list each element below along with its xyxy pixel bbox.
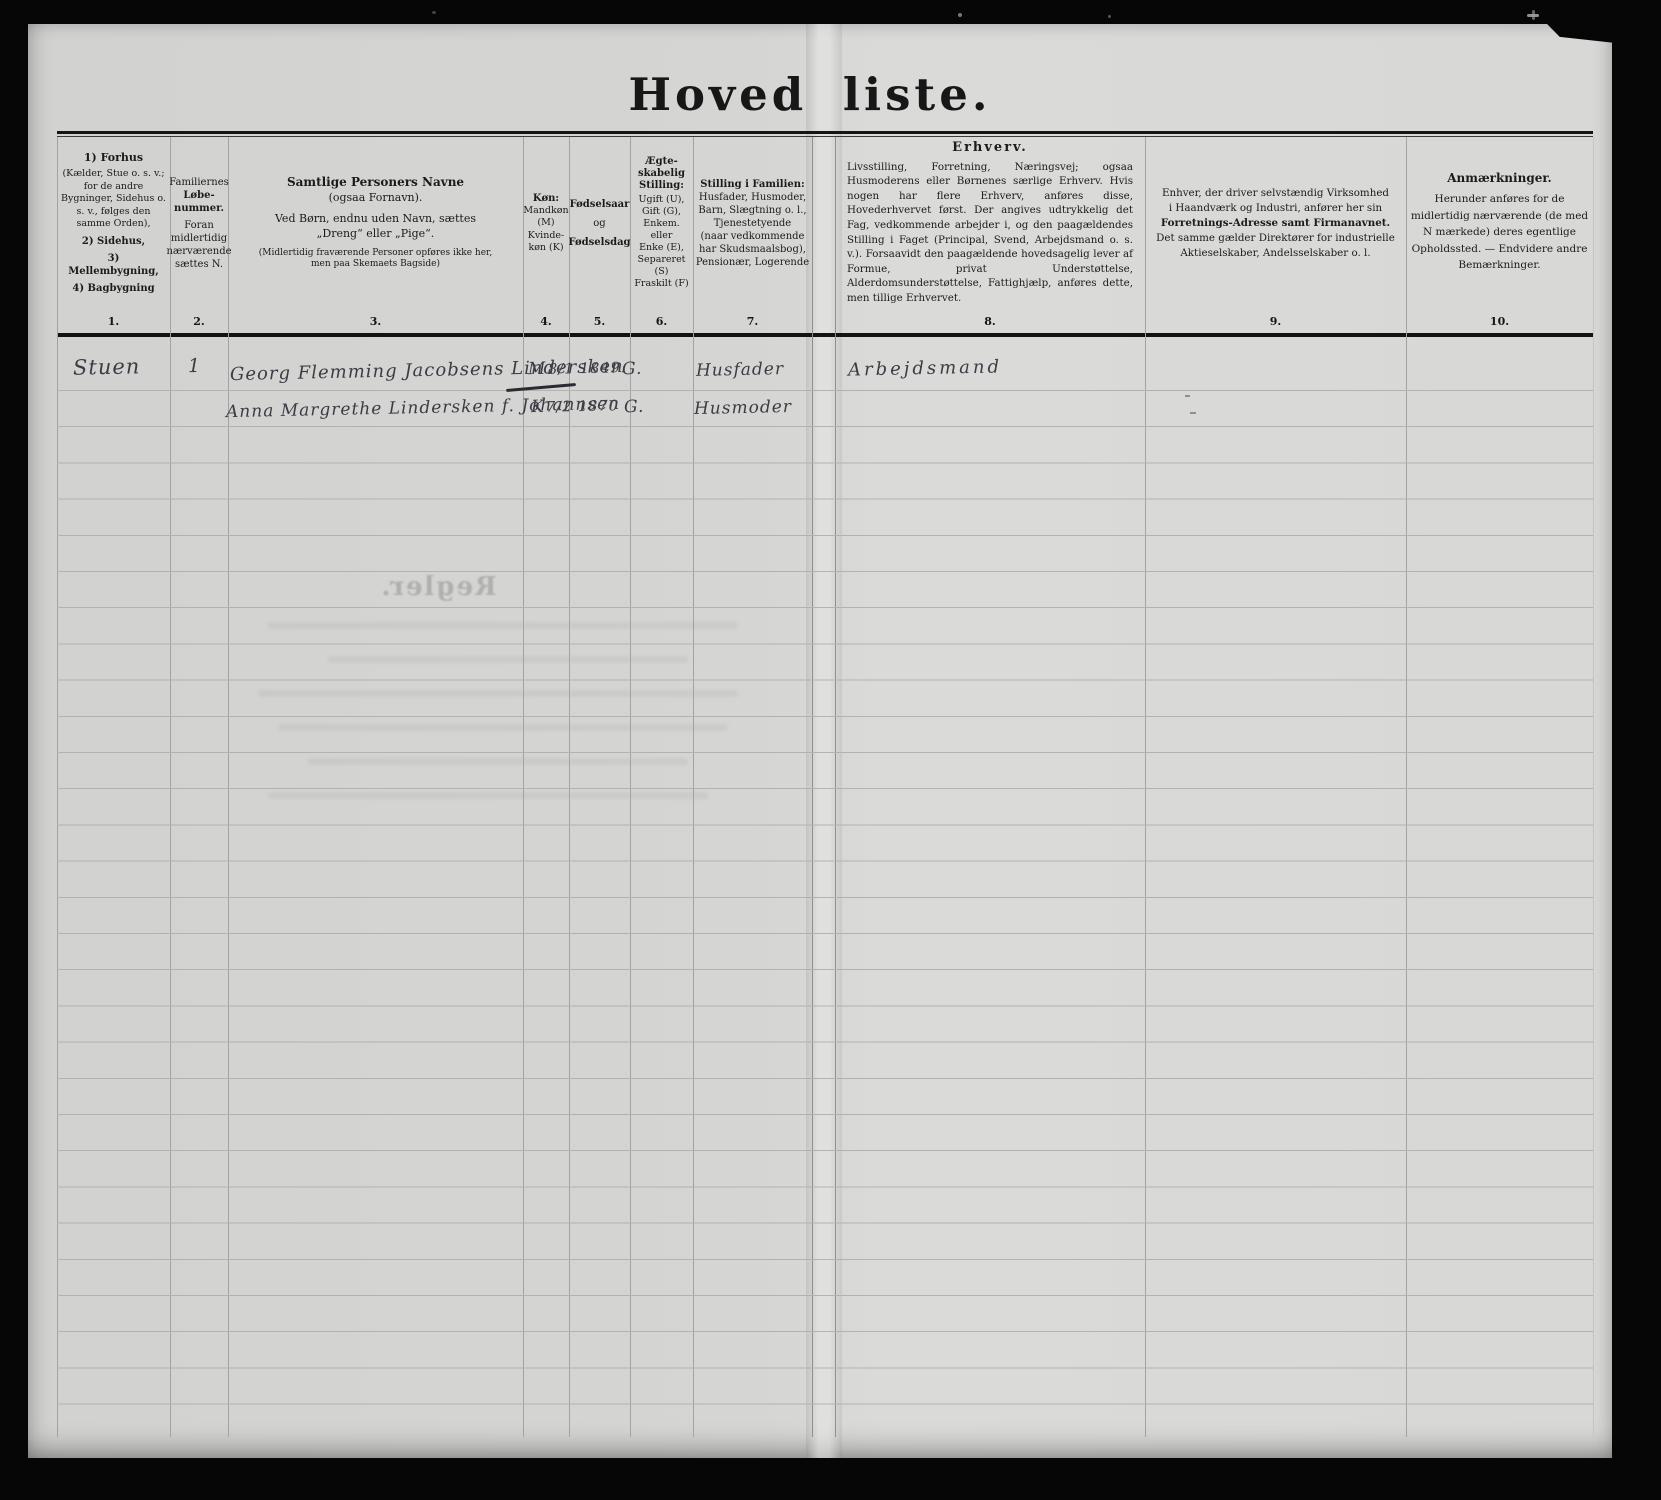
column-header-names: Samtlige Personers Navne (ogsaa Fornavn)…: [228, 137, 523, 333]
header-line: Anmærkninger.: [1447, 172, 1552, 185]
pencil-mark: [1185, 395, 1190, 397]
dust-speck: [1108, 15, 1111, 18]
header-line: Samtlige Personers Navne: [287, 176, 464, 189]
header-line: Ægte-: [645, 156, 677, 168]
header-line: sættes N.: [175, 258, 223, 271]
entry-family-position: Husmoder: [694, 397, 792, 419]
column-header-occupation: Erhverv. Livsstilling, Forretning, Nærin…: [835, 137, 1145, 333]
column-number: 9.: [1145, 315, 1406, 328]
header-line: Enke (E),: [639, 242, 684, 254]
header-line: 3) Mellembygning,: [61, 252, 166, 278]
header-line: 4) Bagbygning: [72, 282, 154, 295]
header-line: midlertidig nærværende (de med: [1411, 208, 1588, 225]
entry-family-position: Husfader: [696, 359, 784, 381]
entry-family-number: 1: [188, 355, 202, 377]
column-header-sex: Køn: Mandkøn (M) Kvinde- køn (K) 4.: [523, 137, 569, 333]
header-line: 1) Forhus: [84, 151, 143, 164]
column-number: 6.: [630, 315, 693, 328]
page-title: Hoved liste.: [28, 68, 1592, 121]
header-line: Fødselsaar: [570, 198, 630, 211]
column-header-remarks: Anmærkninger. Herunder anføres for de mi…: [1406, 137, 1593, 333]
header-line: Livsstilling, Forretning, Næringsvej; og…: [839, 160, 1141, 306]
column-header-business-address: Enhver, der driver selvstændig Virksomhe…: [1145, 137, 1406, 333]
header-line: Kvinde-: [528, 230, 565, 243]
header-line: (Midlertidig fraværende Personer opføres…: [251, 248, 501, 271]
header-line: Stilling:: [639, 180, 684, 192]
header-line: Køn:: [533, 192, 559, 205]
header-line: skabelig: [638, 168, 685, 180]
entry-birth-date: 7/2 1870: [546, 398, 619, 416]
header-line: Familiernes: [169, 176, 229, 189]
header-line: „Dreng“ eller „Pige“.: [317, 227, 435, 240]
header-line: Fraskilt (F): [634, 278, 688, 290]
column-number: 7.: [693, 315, 812, 328]
header-line: Ved Børn, endnu uden Navn, sættes: [275, 212, 476, 225]
entry-occupation: Arbejdsmand: [848, 356, 1002, 380]
header-line: (Kælder, Stue o. s. v.; for de andre Byg…: [61, 168, 166, 231]
header-line: Barn, Slægtning o. l.,: [698, 204, 806, 217]
header-line: har Skudsmaalsbog),: [699, 243, 806, 256]
header-line: Separeret: [637, 254, 685, 266]
header-line: Husfader, Husmoder,: [699, 191, 806, 204]
header-line: Forretnings-Adresse samt Firmanavnet.: [1161, 216, 1390, 231]
header-line: Enkem. eller: [632, 218, 691, 242]
dust-speck: [1532, 10, 1535, 20]
header-line: og: [593, 217, 605, 230]
header-line: Løbe-: [183, 189, 214, 202]
header-line: (naar vedkommende: [701, 230, 805, 243]
header-line: Fødselsdag: [568, 236, 630, 249]
header-line: Stilling i Familien:: [700, 178, 804, 191]
header-line: Enhver, der driver selvstændig Virksomhe…: [1162, 186, 1389, 201]
header-line: Aktieselskaber, Andelsselskaber o. l.: [1180, 246, 1370, 261]
pencil-mark: [1190, 412, 1196, 414]
header-line: Herunder anføres for de: [1435, 191, 1565, 208]
column-number: 1.: [57, 315, 170, 328]
header-line: Opholdssted. — Endvidere andre: [1412, 241, 1588, 258]
entry-birth-date: 8/1 1849.: [548, 360, 627, 378]
scan-background: Regler. Hoved liste.: [0, 0, 1661, 1500]
column-header-marital-status: Ægte- skabelig Stilling: Ugift (U), Gift…: [630, 137, 693, 333]
header-line: Bemærkninger.: [1458, 257, 1540, 274]
header-line: midlertidig: [171, 232, 227, 245]
table-row-lines: [57, 390, 1593, 1405]
header-line: N mærkede) deres egentlige: [1423, 224, 1576, 241]
dust-speck: [958, 13, 962, 17]
column-header-family-position: Stilling i Familien: Husfader, Husmoder,…: [693, 137, 812, 333]
column-number: 8.: [835, 315, 1145, 328]
column-number: 10.: [1406, 315, 1593, 328]
entry-sex: K: [531, 397, 545, 417]
header-line: nummer.: [174, 202, 224, 215]
census-form-page: Regler. Hoved liste.: [28, 24, 1612, 1458]
header-line: 2) Sidehus,: [82, 235, 145, 248]
table-header: 1) Forhus (Kælder, Stue o. s. v.; for de…: [28, 137, 1612, 333]
header-line: Foran: [184, 219, 214, 232]
column-number: 5.: [569, 315, 630, 328]
header-line: Gift (G),: [642, 206, 681, 218]
header-line: Mandkøn: [523, 205, 568, 218]
header-line: (ogsaa Fornavn).: [329, 191, 423, 204]
header-line: Det samme gælder Direktører for industri…: [1156, 231, 1395, 246]
header-line: Erhverv.: [952, 141, 1028, 154]
header-line: i Haandværk og Industri, anfører her sin: [1169, 201, 1382, 216]
column-number: 3.: [228, 315, 523, 328]
column-number: 4.: [523, 315, 569, 328]
column-header-family-number: Familiernes Løbe- nummer. Foran midlerti…: [170, 137, 228, 333]
dust-speck: [432, 11, 436, 14]
header-line: køn (K): [528, 242, 563, 255]
entry-building: Stuen: [73, 354, 141, 379]
column-header-birth: Fødselsaar og Fødselsdag 5.: [569, 137, 630, 333]
header-line: Tjenestetyende: [714, 217, 791, 230]
header-line: Ugift (U),: [639, 194, 685, 206]
column-number: 2.: [170, 315, 228, 328]
header-line: nærværende: [166, 245, 231, 258]
header-line: (S): [655, 266, 669, 278]
entry-marital-status: G.: [624, 397, 645, 417]
header-line: Pensionær, Logerende: [696, 256, 809, 269]
entry-marital-status: G.: [622, 359, 643, 379]
column-header-building: 1) Forhus (Kælder, Stue o. s. v.; for de…: [57, 137, 170, 333]
header-line: (M): [537, 217, 554, 230]
